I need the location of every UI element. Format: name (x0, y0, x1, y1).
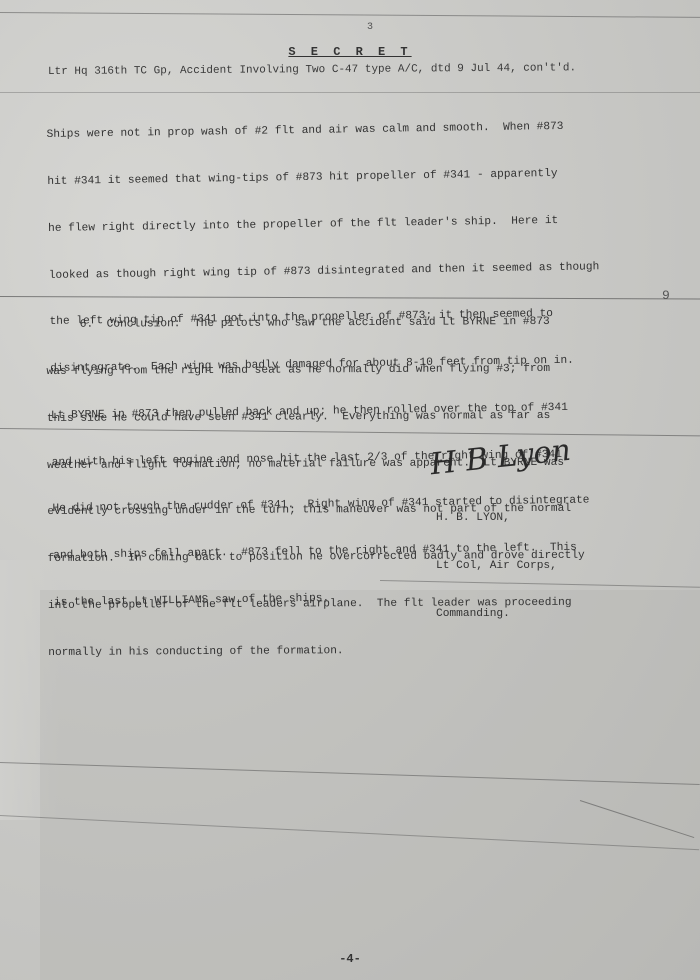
signer-rank: Lt Col, Air Corps, (436, 558, 557, 574)
signer-title: Commanding. (436, 606, 557, 622)
text-line: looked as though right wing tip of #873 … (49, 260, 600, 284)
document-page: 3 S E C R E T Ltr Hq 316th TC Gp, Accide… (0, 0, 700, 980)
signature-block: H. B. LYON, Lt Col, Air Corps, Commandin… (436, 478, 557, 654)
page-number: -4- (0, 952, 700, 966)
text-line: was flying from the right hand seat as h… (46, 362, 583, 381)
text-line: 6. Conclusion: The pilots who saw the ac… (46, 315, 583, 334)
crease-line (0, 12, 700, 18)
classification-header: S E C R E T (0, 45, 700, 59)
page-mark: 3 (367, 22, 373, 33)
text-line: hit #341 it seemed that wing-tips of #87… (47, 166, 598, 190)
text-line: Ships were not in prop wash of #2 flt an… (46, 120, 597, 144)
text-line: this side he could have seen #341 clearl… (47, 408, 584, 427)
signer-name: H. B. LYON, (436, 510, 557, 526)
margin-mark: 9 (662, 288, 670, 303)
text-line: he flew right directly into the propelle… (48, 213, 599, 237)
reference-line: Ltr Hq 316th TC Gp, Accident Involving T… (48, 62, 576, 78)
